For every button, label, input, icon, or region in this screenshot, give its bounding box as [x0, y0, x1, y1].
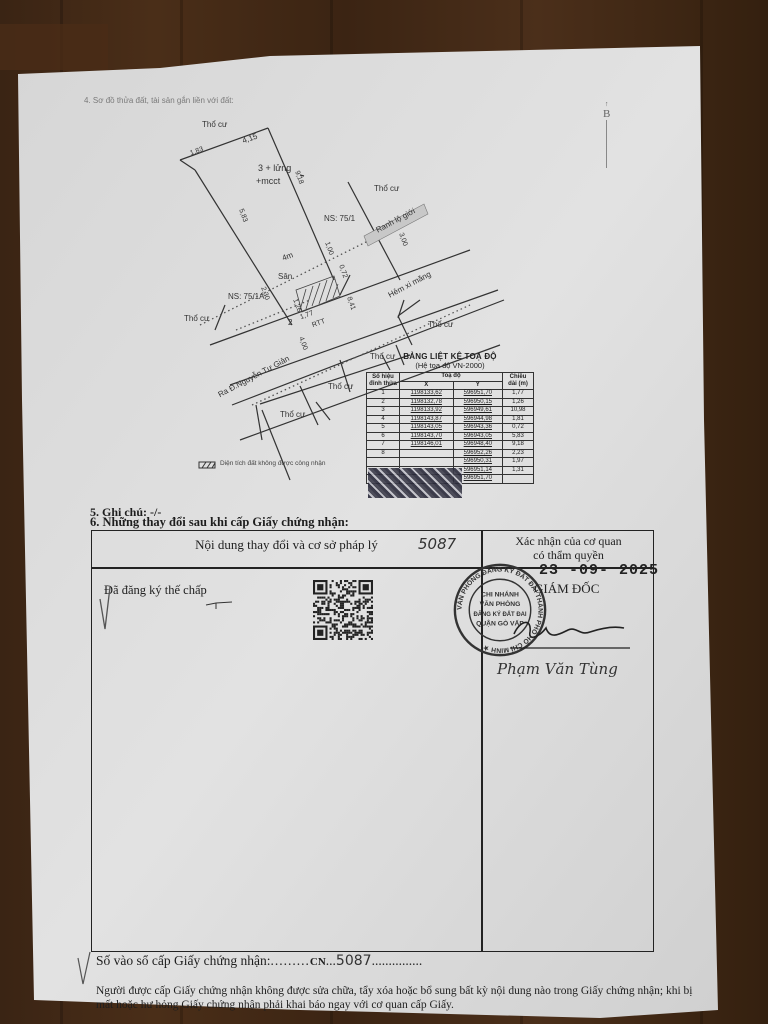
cert-number-prefix: CN — [310, 956, 326, 968]
coordinate-cell-length — [503, 475, 534, 484]
coordinate-cell-length: 1,77 — [503, 390, 534, 399]
coordinate-row: 61198143,70596943,055,83 — [367, 432, 534, 441]
handwritten-number: 5087 — [418, 535, 456, 553]
coordinate-cell-point: 4 — [367, 415, 400, 424]
redacted-area — [368, 468, 462, 498]
coordinate-cell-y: 596944,98 — [453, 415, 502, 424]
coordinate-cell-y: 596952,26 — [453, 449, 502, 458]
map-label-yard: Sân — [278, 272, 292, 281]
map-label-neighbor: Thổ cư — [184, 314, 209, 323]
check-mark-icon — [74, 948, 96, 988]
coordinate-cell-y: 596949,61 — [453, 407, 502, 416]
map-label-house-info: +mcct — [256, 176, 280, 186]
coordinate-row: 51198143,05596943,360,72 — [367, 424, 534, 433]
change-entry-mortgage: Đã đăng ký thế chấp — [104, 583, 207, 598]
coordinate-cell-point: 7 — [367, 441, 400, 450]
coordinate-table: BẢNG LIỆT KÊ TOẠ ĐỘ (Hệ tọa độ VN-2000) … — [366, 352, 534, 484]
vertex-number: 2 — [288, 318, 292, 327]
coordinate-row: 71198146,01596948,409,18 — [367, 441, 534, 450]
coordinate-row: 41198143,87596944,981,81 — [367, 415, 534, 424]
svg-text:CHI NHÁNH: CHI NHÁNH — [481, 590, 519, 599]
coordinate-cell-x: 1198143,05 — [400, 424, 454, 433]
coordinate-table-title: BẢNG LIỆT KÊ TOẠ ĐỘ — [366, 352, 534, 361]
coordinate-row: 8596952,262,23 — [367, 449, 534, 458]
header-point: Số hiệu đỉnh thửa — [367, 373, 400, 390]
authority-header-line2: có thẩm quyền — [482, 548, 655, 562]
coordinate-cell-y: 596950,31 — [453, 458, 502, 467]
coordinate-row: 11198133,62596951,701,77 — [367, 390, 534, 399]
changes-header-authority: Xác nhận của cơ quan có thẩm quyền — [482, 534, 655, 562]
coordinate-cell-point — [367, 458, 400, 467]
coordinate-cell-length: 2,23 — [503, 449, 534, 458]
coordinate-cell-length: 0,72 — [503, 424, 534, 433]
map-label-neighbor: Thổ cư — [374, 184, 399, 193]
qr-code-icon — [313, 580, 373, 640]
coordinate-cell-length: 1,97 — [503, 458, 534, 467]
coordinate-row: 21198132,78596950,151,26 — [367, 398, 534, 407]
coordinate-cell-y: 596950,15 — [453, 398, 502, 407]
coordinate-grid: Số hiệu đỉnh thửa Toạ độ Chiều dài (m) X… — [366, 372, 534, 484]
header-y: Y — [453, 381, 502, 390]
coordinate-cell-point: 6 — [367, 432, 400, 441]
coordinate-cell-x: 1198133,62 — [400, 390, 454, 399]
coordinate-cell-x: 1198143,70 — [400, 432, 454, 441]
coordinate-cell-y: 596943,05 — [453, 432, 502, 441]
authority-header-line1: Xác nhận của cơ quan — [482, 534, 655, 548]
coordinate-cell-x: 1198133,92 — [400, 407, 454, 416]
header-length: Chiều dài (m) — [503, 373, 534, 390]
check-mark-icon — [96, 581, 118, 641]
legend-unrecognized-area: Diện tích đất không được công nhận — [220, 460, 325, 467]
coordinate-cell-length: 9,18 — [503, 441, 534, 450]
header-coords: Toạ độ — [400, 373, 503, 382]
map-label-top-neighbor: Thổ cư — [202, 120, 227, 129]
coordinate-cell-point: 1 — [367, 390, 400, 399]
cert-number-value: 5087 — [336, 953, 372, 969]
certificate-number: Số vào sổ cấp Giấy chứng nhận:.........C… — [96, 953, 422, 969]
coordinate-cell-point: 8 — [367, 449, 400, 458]
header-x: X — [400, 381, 454, 390]
coordinate-cell-x: 1198132,78 — [400, 398, 454, 407]
cert-number-label: Số vào sổ cấp Giấy chứng nhận: — [96, 953, 271, 968]
footer-notice: Người được cấp Giấy chứng nhận không đượ… — [96, 984, 696, 1012]
date-stamp: 23 -09- 2025 — [539, 562, 659, 579]
initial-mark-icon — [204, 597, 234, 611]
coordinate-cell-x — [400, 449, 454, 458]
director-title: GIÁM ĐỐC — [534, 581, 599, 597]
map-label-neighbor: Thổ cư — [428, 320, 453, 329]
coordinate-cell-length: 1,31 — [503, 466, 534, 475]
svg-text:VĂN PHÒNG: VĂN PHÒNG — [480, 599, 521, 608]
coordinate-cell-x: 1198143,87 — [400, 415, 454, 424]
signer-name: Phạm Văn Tùng — [497, 660, 618, 678]
signature-icon — [510, 612, 630, 652]
coordinate-cell-length: 10,98 — [503, 407, 534, 416]
map-label-neighbor: Thổ cư — [280, 410, 305, 419]
map-label-house-info: 3 + lửng — [258, 163, 291, 173]
certificate-page: 4. Sơ đồ thửa đất, tài sản gắn liền với … — [0, 0, 768, 1024]
coordinate-table-subtitle: (Hệ tọa độ VN-2000) — [366, 361, 534, 370]
section6-heading: 6. Những thay đổi sau khi cấp Giấy chứng… — [90, 515, 349, 530]
coordinate-cell-x — [400, 458, 454, 467]
coordinate-cell-y: 596943,36 — [453, 424, 502, 433]
map-label-ns-75-1a: NS: 75/1A — [228, 292, 264, 301]
coordinate-cell-y: 596951,70 — [453, 390, 502, 399]
coordinate-cell-length: 1,26 — [503, 398, 534, 407]
coordinate-cell-x: 1198146,01 — [400, 441, 454, 450]
coordinate-cell-point: 5 — [367, 424, 400, 433]
coordinate-cell-length: 1,81 — [503, 415, 534, 424]
coordinate-cell-length: 5,83 — [503, 432, 534, 441]
coordinate-row: 31198133,92596949,6110,98 — [367, 407, 534, 416]
map-label-neighbor: Thổ cư — [328, 382, 353, 391]
coordinate-cell-point: 2 — [367, 398, 400, 407]
coordinate-row: 596950,311,97 — [367, 458, 534, 467]
coordinate-cell-y: 596948,40 — [453, 441, 502, 450]
map-label-ns-75-1: NS: 75/1 — [324, 214, 355, 223]
coordinate-cell-point: 3 — [367, 407, 400, 416]
